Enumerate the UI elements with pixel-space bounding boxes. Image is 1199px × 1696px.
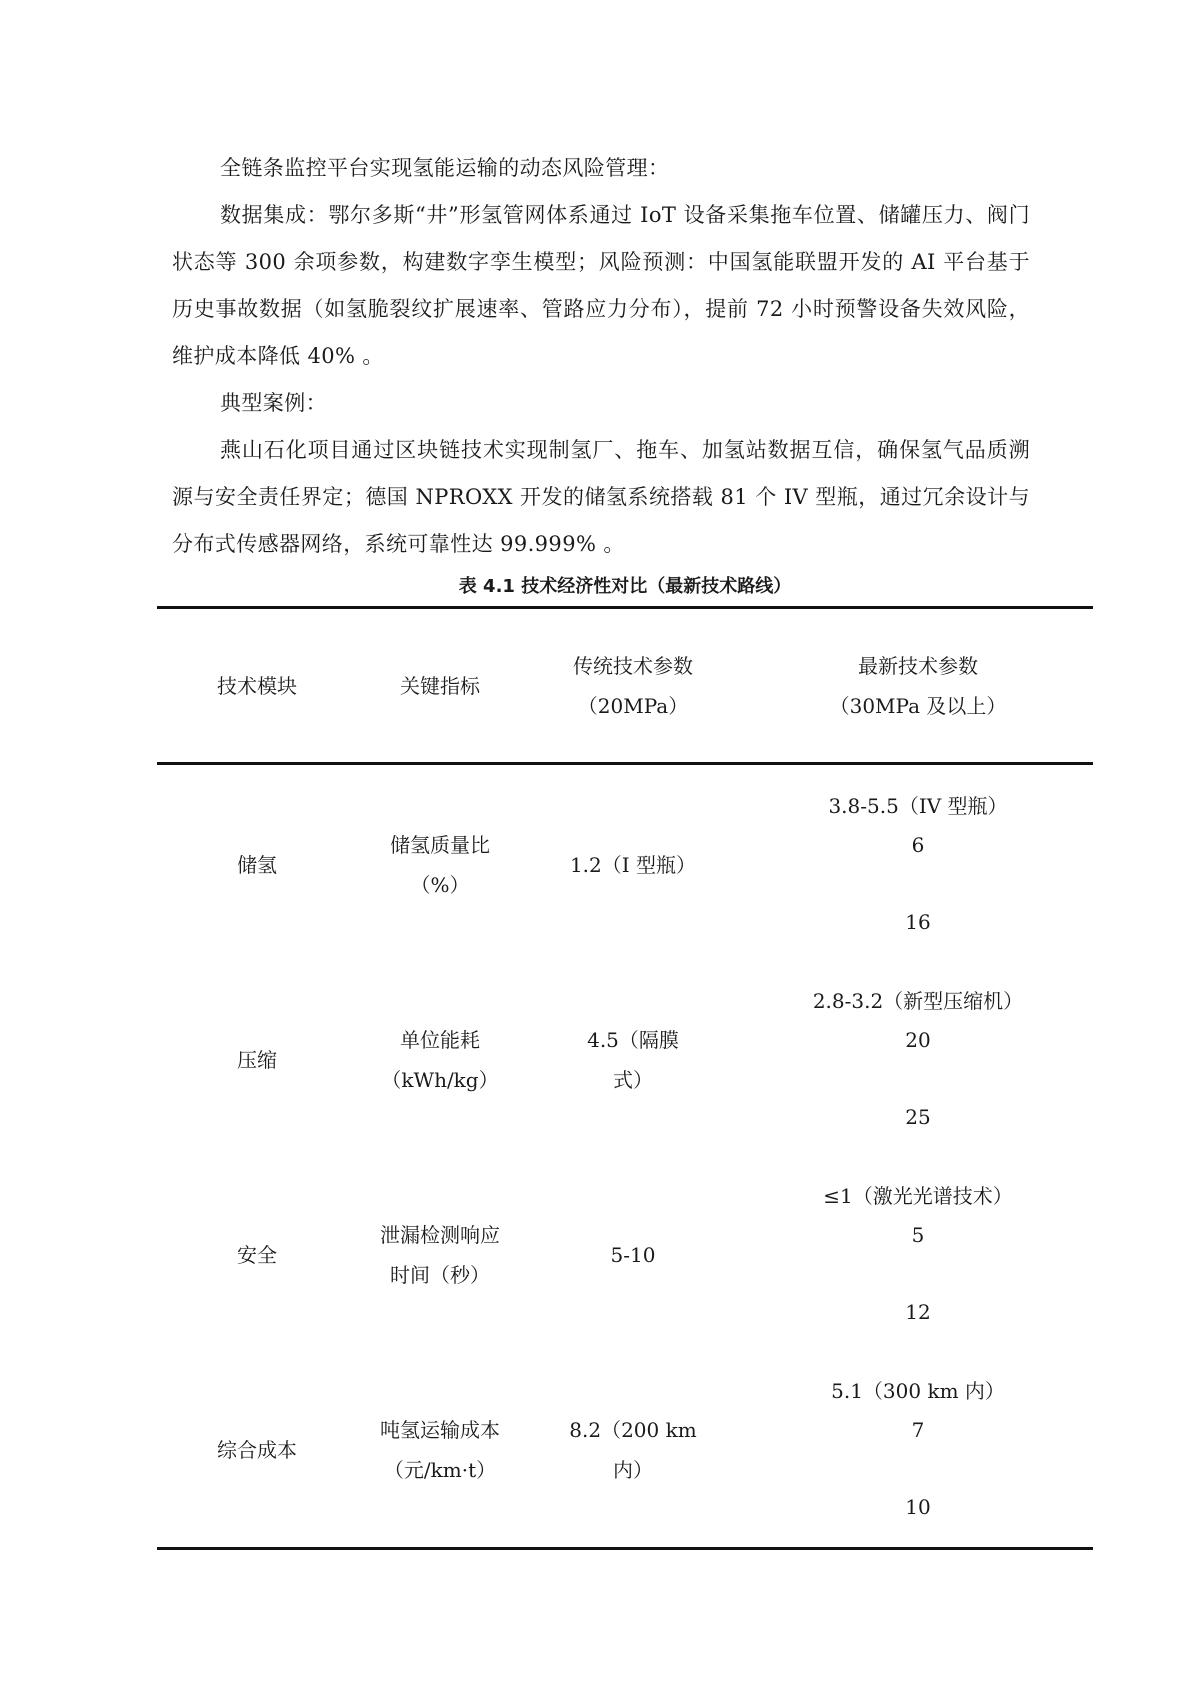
cell-indicator: 储氢质量比 （%） xyxy=(357,764,523,963)
cell-traditional: 4.5（隔膜 式） xyxy=(523,962,743,1157)
cell-module: 综合成本 xyxy=(157,1352,357,1549)
paragraph-intro: 全链条监控平台实现氢能运输的动态风险管理： xyxy=(172,145,1030,192)
table-header-row: 技术模块 关键指标 传统技术参数 （20MPa） 最新技术参数 （30MPa 及… xyxy=(157,608,1093,764)
cell-new: 3.8-5.5（IV 型瓶） 6 16 xyxy=(743,764,1093,963)
cell-indicator: 单位能耗 （kWh/kg） xyxy=(357,962,523,1157)
document-page: 全链条监控平台实现氢能运输的动态风险管理： 数据集成：鄂尔多斯“井”形氢管网体系… xyxy=(0,0,1199,1696)
table-caption: 表 4.1 技术经济性对比（最新技术路线） xyxy=(157,574,1093,600)
table-row: 综合成本 吨氢运输成本 （元/km·t） 8.2（200 km 内） 5.1（3… xyxy=(157,1352,1093,1549)
table-row: 安全 泄漏检测响应 时间（秒） 5-10 ≤1（激光光谱技术） 5 12 xyxy=(157,1157,1093,1352)
cell-module: 压缩 xyxy=(157,962,357,1157)
header-new: 最新技术参数 （30MPa 及以上） xyxy=(743,608,1093,764)
paragraph-data-integration: 数据集成：鄂尔多斯“井”形氢管网体系通过 IoT 设备采集拖车位置、储罐压力、阀… xyxy=(172,192,1030,380)
table-row: 压缩 单位能耗 （kWh/kg） 4.5（隔膜 式） 2.8-3.2（新型压缩机… xyxy=(157,962,1093,1157)
cell-module: 安全 xyxy=(157,1157,357,1352)
comparison-table: 技术模块 关键指标 传统技术参数 （20MPa） 最新技术参数 （30MPa 及… xyxy=(157,606,1093,1550)
header-traditional: 传统技术参数 （20MPa） xyxy=(523,608,743,764)
paragraph-case-heading: 典型案例： xyxy=(172,380,1030,427)
table-row: 储氢 储氢质量比 （%） 1.2（I 型瓶） 3.8-5.5（IV 型瓶） 6 … xyxy=(157,764,1093,963)
cell-indicator: 泄漏检测响应 时间（秒） xyxy=(357,1157,523,1352)
body-text: 全链条监控平台实现氢能运输的动态风险管理： 数据集成：鄂尔多斯“井”形氢管网体系… xyxy=(172,145,1030,568)
cell-module: 储氢 xyxy=(157,764,357,963)
paragraph-case-study: 燕山石化项目通过区块链技术实现制氢厂、拖车、加氢站数据互信，确保氢气品质溯源与安… xyxy=(172,427,1030,568)
cell-new: ≤1（激光光谱技术） 5 12 xyxy=(743,1157,1093,1352)
cell-new: 2.8-3.2（新型压缩机） 20 25 xyxy=(743,962,1093,1157)
cell-new: 5.1（300 km 内） 7 10 xyxy=(743,1352,1093,1549)
header-indicator: 关键指标 xyxy=(357,608,523,764)
cell-indicator: 吨氢运输成本 （元/km·t） xyxy=(357,1352,523,1549)
cell-traditional: 1.2（I 型瓶） xyxy=(523,764,743,963)
cell-traditional: 5-10 xyxy=(523,1157,743,1352)
header-module: 技术模块 xyxy=(157,608,357,764)
cell-traditional: 8.2（200 km 内） xyxy=(523,1352,743,1549)
